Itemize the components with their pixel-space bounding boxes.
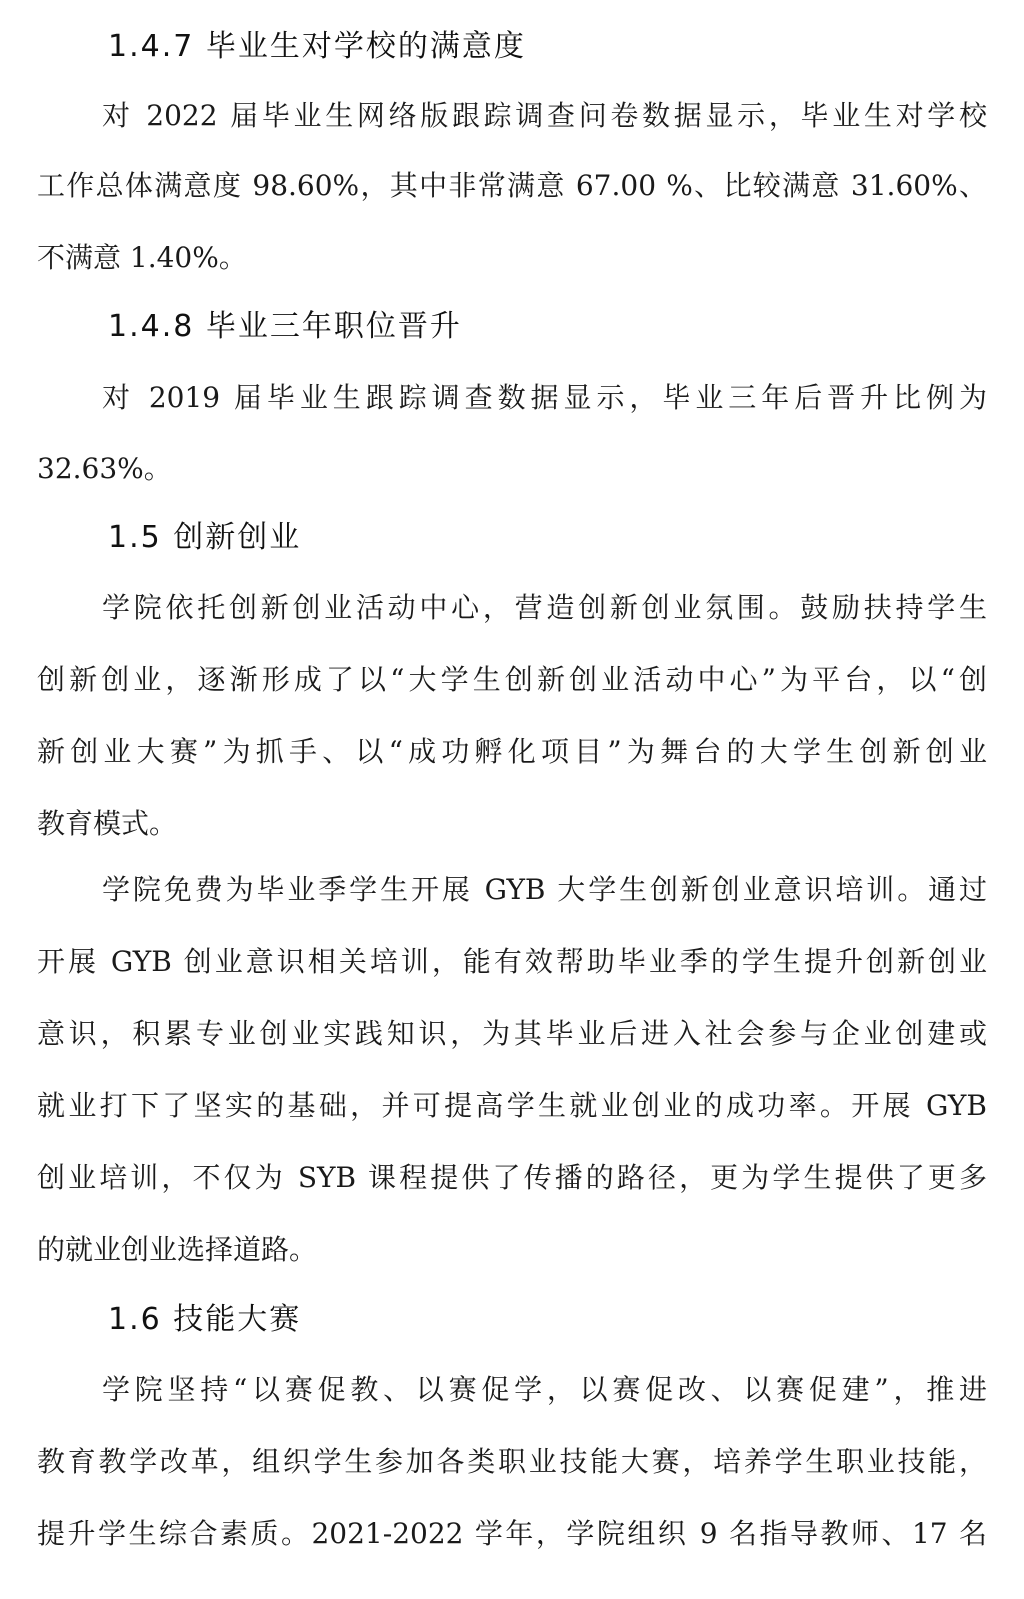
paragraph-line: 学院依托创新创业活动中心，营造创新创业氛围。鼓励扶持学生: [102, 590, 987, 626]
section-heading-promotion: 1.4.8 毕业三年职位晋升: [108, 307, 462, 347]
paragraph-line: 就业打下了坚实的基础，并可提高学生就业创业的成功率。开展 GYB: [37, 1088, 987, 1124]
section-heading-satisfaction: 1.4.7 毕业生对学校的满意度: [108, 27, 526, 67]
section-heading-skills-competition: 1.6 技能大赛: [108, 1300, 301, 1340]
paragraph-line: 新创业大赛”为抓手、以“成功孵化项目”为舞台的大学生创新创业: [37, 734, 987, 770]
paragraph-line: 的就业创业选择道路。: [37, 1232, 987, 1268]
paragraph-line: 32.63%。: [37, 451, 987, 487]
paragraph-line: 工作总体满意度 98.60%，其中非常满意 67.00 %、比较满意 31.60…: [37, 168, 987, 204]
paragraph-line: 创新创业，逐渐形成了以“大学生创新创业活动中心”为平台，以“创: [37, 662, 987, 698]
paragraph-line: 教育模式。: [37, 806, 987, 842]
section-heading-innovation: 1.5 创新创业: [108, 518, 301, 558]
paragraph-line: 学院免费为毕业季学生开展 GYB 大学生创新创业意识培训。通过: [102, 872, 987, 908]
paragraph-line: 开展 GYB 创业意识相关培训，能有效帮助毕业季的学生提升创新创业: [37, 944, 987, 980]
paragraph-line: 意识，积累专业创业实践知识，为其毕业后进入社会参与企业创建或: [37, 1016, 987, 1052]
paragraph-line: 学院坚持“以赛促教、以赛促学，以赛促改、以赛促建”，推进: [102, 1372, 987, 1408]
paragraph-line: 对 2019 届毕业生跟踪调查数据显示，毕业三年后晋升比例为: [102, 380, 987, 416]
paragraph-line: 对 2022 届毕业生网络版跟踪调查问卷数据显示，毕业生对学校: [102, 98, 987, 134]
paragraph-line: 提升学生综合素质。2021-2022 学年，学院组织 9 名指导教师、17 名: [37, 1516, 987, 1552]
document-page: 1.4.7 毕业生对学校的满意度 对 2022 届毕业生网络版跟踪调查问卷数据显…: [0, 0, 1024, 1599]
paragraph-line: 不满意 1.40%。: [37, 240, 987, 276]
paragraph-line: 创业培训，不仅为 SYB 课程提供了传播的路径，更为学生提供了更多: [37, 1160, 987, 1196]
paragraph-line: 教育教学改革，组织学生参加各类职业技能大赛，培养学生职业技能，: [37, 1444, 987, 1480]
